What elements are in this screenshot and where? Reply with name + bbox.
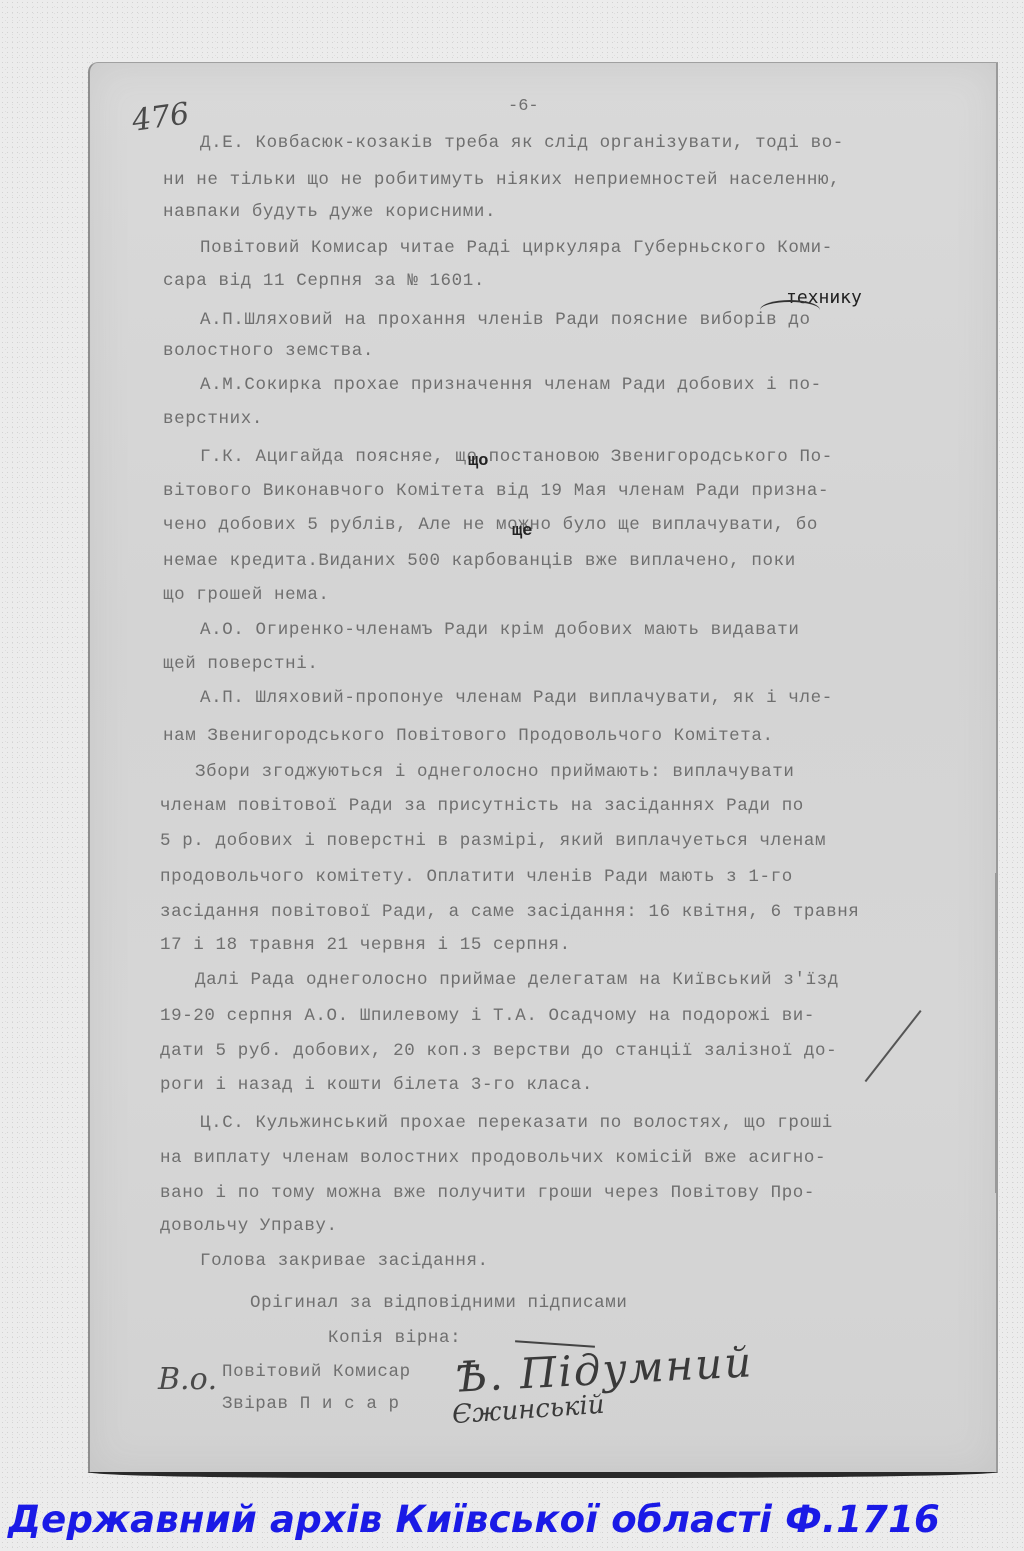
- insertion-caret-mark: [760, 300, 820, 320]
- typed-line: чено добових 5 рублів, Але не можно було…: [163, 517, 818, 535]
- typed-line: вано і по тому можна вже получити гроши …: [160, 1185, 815, 1203]
- typed-line: Голова закривае засідання.: [200, 1253, 489, 1271]
- typed-line: сара від 11 Серпня за № 1601.: [163, 273, 485, 291]
- typed-line: ни не тільки що не робитимуть ніяких неп…: [163, 172, 840, 190]
- typed-line: членам повітової Ради за присутність на …: [160, 798, 804, 816]
- page-edge-fold: [995, 873, 997, 1193]
- inserted-word: що: [468, 452, 488, 471]
- archive-caption: Державний архів Київської області Ф.1716: [8, 1498, 940, 1541]
- true-copy-note: Копія вірна:: [328, 1330, 461, 1348]
- typed-line: верстних.: [163, 411, 263, 429]
- typed-line: що грошей нема.: [163, 587, 330, 605]
- typed-line: 19-20 серпня А.О. Шпилевому і Т.А. Осадч…: [160, 1008, 815, 1026]
- typed-line: А.М.Сокирка прохае призначення членам Ра…: [200, 377, 822, 395]
- typed-line: 17 і 18 травня 21 червня і 15 серпня.: [160, 937, 571, 955]
- clerk-label: Звірав П и с а р: [222, 1396, 400, 1414]
- typed-line: А.П. Шляховий-пропонуе членам Ради випла…: [200, 690, 833, 708]
- typed-line: роги і назад і кошти білета 3-го класа.: [160, 1077, 593, 1095]
- typed-line: продовольчого комітету. Оплатити членів …: [160, 869, 793, 887]
- typed-line: немае кредита.Виданих 500 карбованців вж…: [163, 553, 796, 571]
- typed-line: 5 р. добових і поверстні в размірі, який…: [160, 833, 826, 851]
- typed-line: нам Звенигородського Повітового Продовол…: [163, 728, 774, 746]
- typed-line: А.П.Шляховий на прохання членів Ради поя…: [200, 312, 811, 330]
- original-signatures-note: Орігинал за відповідними підписами: [250, 1295, 627, 1313]
- typed-line: Ц.С. Кульжинський прохае переказати по в…: [200, 1115, 833, 1133]
- typed-line: Повітовий Комисар читае Раді циркуляра Г…: [200, 240, 833, 258]
- typed-line: вітового Виконавчого Комітета від 19 Мая…: [163, 483, 829, 501]
- typed-line: засідання повітової Ради, а саме засідан…: [160, 904, 859, 922]
- inserted-word: ще: [512, 522, 532, 541]
- commissar-label: Повітовий Комисар: [222, 1364, 411, 1382]
- typed-line: дати 5 руб. добових, 20 коп.з верстви до…: [160, 1043, 837, 1061]
- typed-line: волостного земства.: [163, 343, 374, 361]
- typed-line: А.О. Огиренко-членамъ Ради крім добових …: [200, 622, 800, 640]
- typed-line: Збори згоджуються і однеголосно приймают…: [195, 764, 795, 782]
- typed-line: на виплату членам волостних продовольчих…: [160, 1150, 826, 1168]
- typed-line: Далі Рада однеголосно приймае делегатам …: [195, 972, 839, 990]
- typed-line: Д.Е. Ковбасюк-козаків треба як слід орга…: [200, 135, 844, 153]
- typed-line: навпаки будуть дуже корисними.: [163, 204, 496, 222]
- typed-line: Г.К. Ацигайда поясняе, що постановою Зве…: [200, 449, 833, 467]
- typed-line: довольчу Управу.: [160, 1218, 338, 1236]
- handwritten-acting-mark: В.о.: [158, 1362, 217, 1397]
- page-number: -6-: [508, 97, 539, 116]
- typed-line: щей поверстні.: [163, 656, 318, 674]
